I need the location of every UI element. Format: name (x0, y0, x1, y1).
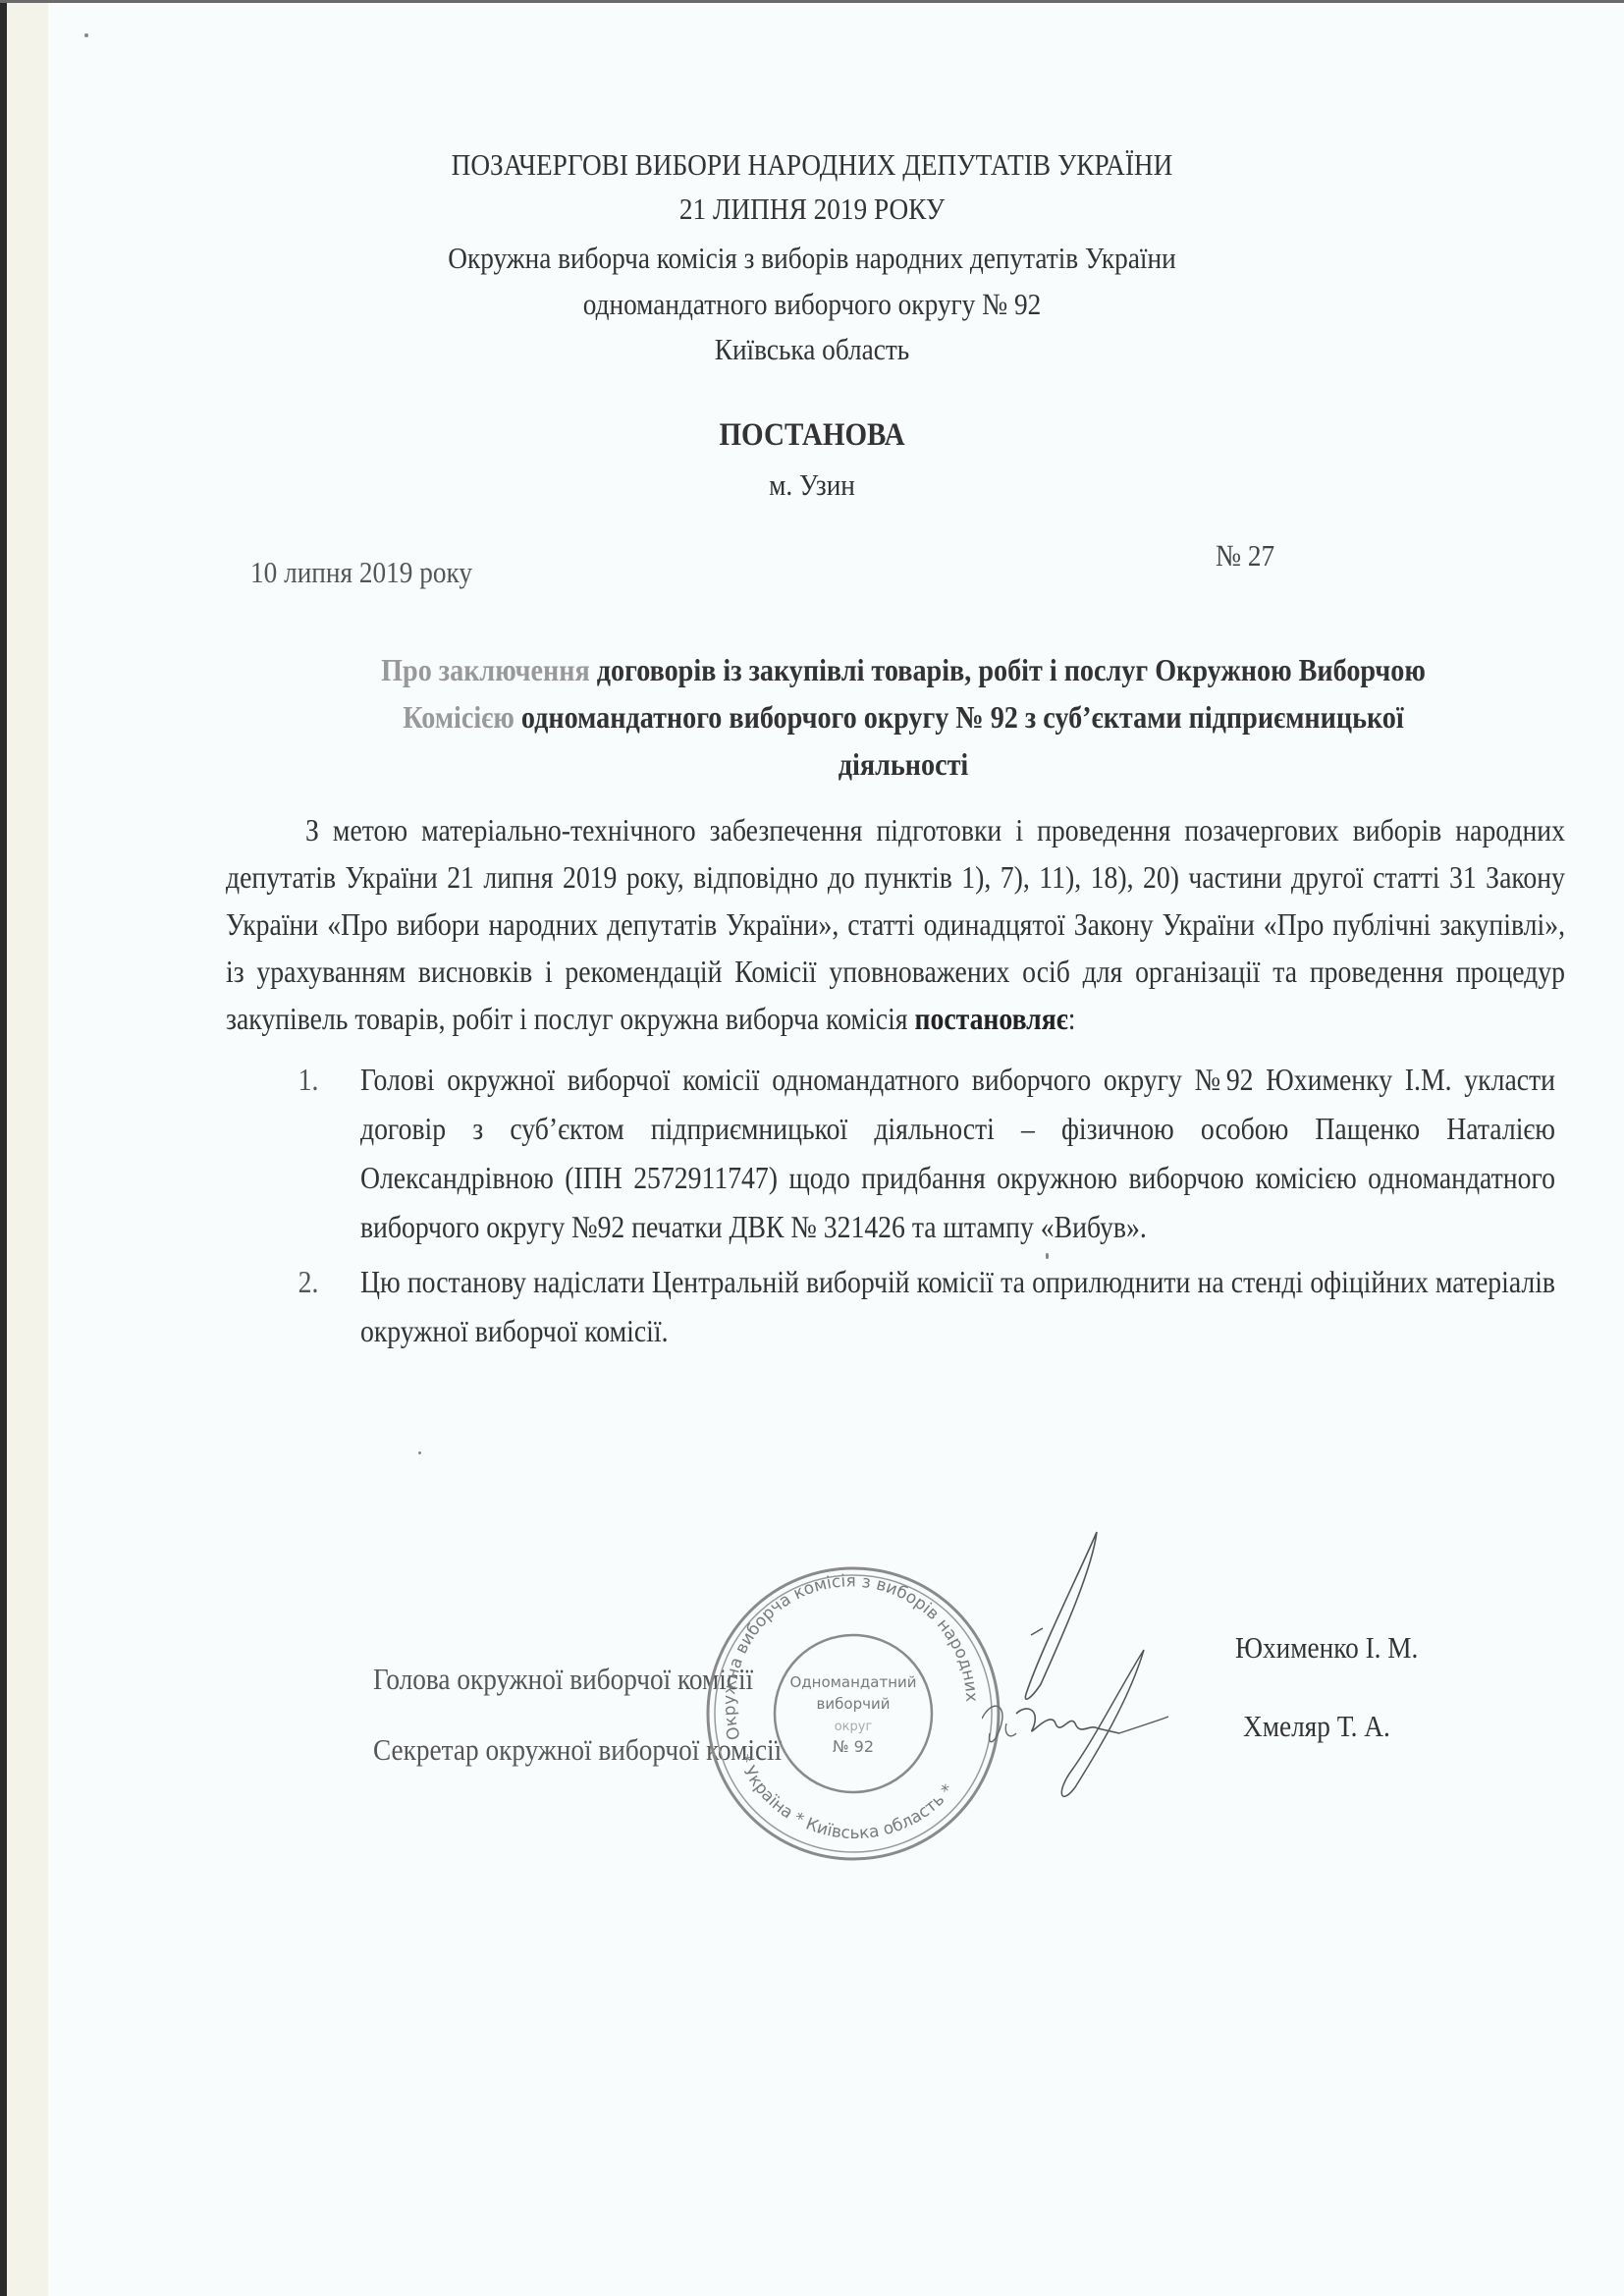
document-subject: Про заключення договорів із закупівлі то… (333, 646, 1474, 788)
election-date: 21 ЛИПНЯ 2019 РОКУ (97, 191, 1527, 227)
list-item: 2. Цю постанову надіслати Центральній ви… (324, 1258, 1555, 1356)
chair-name: Юхименко І. М. (1235, 1630, 1418, 1666)
commission-name: Окружна виборча комісія з виборів народн… (97, 241, 1527, 276)
preamble-colon: : (1068, 1002, 1076, 1036)
chair-role: Голова окружної виборчої комісії (373, 1662, 753, 1697)
list-item-text: Голові окружної виборчої комісії одноман… (360, 1063, 1555, 1244)
subject-text: договорів із закупівлі товарів, робіт і … (590, 652, 1426, 687)
preamble-text: З метою матеріально-технічного забезпече… (226, 813, 1565, 1036)
stamp-center-line-1: Одномандатний (789, 1673, 916, 1691)
subject-line-2: Комісією одномандатного виборчого округу… (333, 693, 1474, 740)
region-name: Київська область (97, 332, 1527, 367)
subject-line-1: Про заключення договорів із закупівлі то… (333, 646, 1474, 693)
stamp-center-line-2: виборчий (817, 1695, 891, 1713)
subject-line-3: діяльності (333, 740, 1474, 788)
official-stamp: Окружна виборча комісія з виборів народн… (701, 1561, 1005, 1866)
subject-faded-text: Комісією (403, 699, 514, 735)
scan-speck (418, 1451, 421, 1454)
list-item-number: 1. (298, 1056, 319, 1105)
list-item-text: Цю постанову надіслати Центральній вибор… (360, 1265, 1555, 1348)
subject-text: одномандатного виборчого округу № 92 з с… (514, 699, 1404, 735)
preamble-paragraph: З метою матеріально-технічного забезпече… (226, 807, 1565, 1043)
document-type: ПОСТАНОВА (97, 417, 1527, 454)
document-place: м. Узин (97, 467, 1527, 503)
scan-border-dark (0, 0, 7, 2296)
secretary-name: Хмеляр Т. А. (1243, 1709, 1390, 1744)
document-number: № 27 (1216, 538, 1274, 574)
election-title: ПОЗАЧЕРГОВІ ВИБОРИ НАРОДНИХ ДЕПУТАТІВ УК… (97, 147, 1527, 183)
stamp-center-line-3: округ (835, 1720, 873, 1734)
stamp-center-line-4: № 92 (833, 1737, 874, 1756)
stamp-outer-text: Окружна виборча комісія з виборів народн… (701, 1561, 981, 1742)
handwritten-signature (982, 1512, 1237, 1807)
scan-border-margin (7, 0, 48, 2296)
document-date: 10 липня 2019 року (250, 555, 472, 590)
list-item: 1. Голові окружної виборчої комісії одно… (324, 1056, 1555, 1252)
scan-speck (84, 33, 88, 37)
resolution-items: 1. Голові окружної виборчої комісії одно… (324, 1056, 1555, 1362)
resolves-word: постановляє (914, 1002, 1067, 1036)
district-name: одномандатного виборчого округу № 92 (97, 287, 1527, 322)
subject-faded-text: Про заключення (381, 652, 590, 687)
list-item-number: 2. (298, 1258, 319, 1307)
